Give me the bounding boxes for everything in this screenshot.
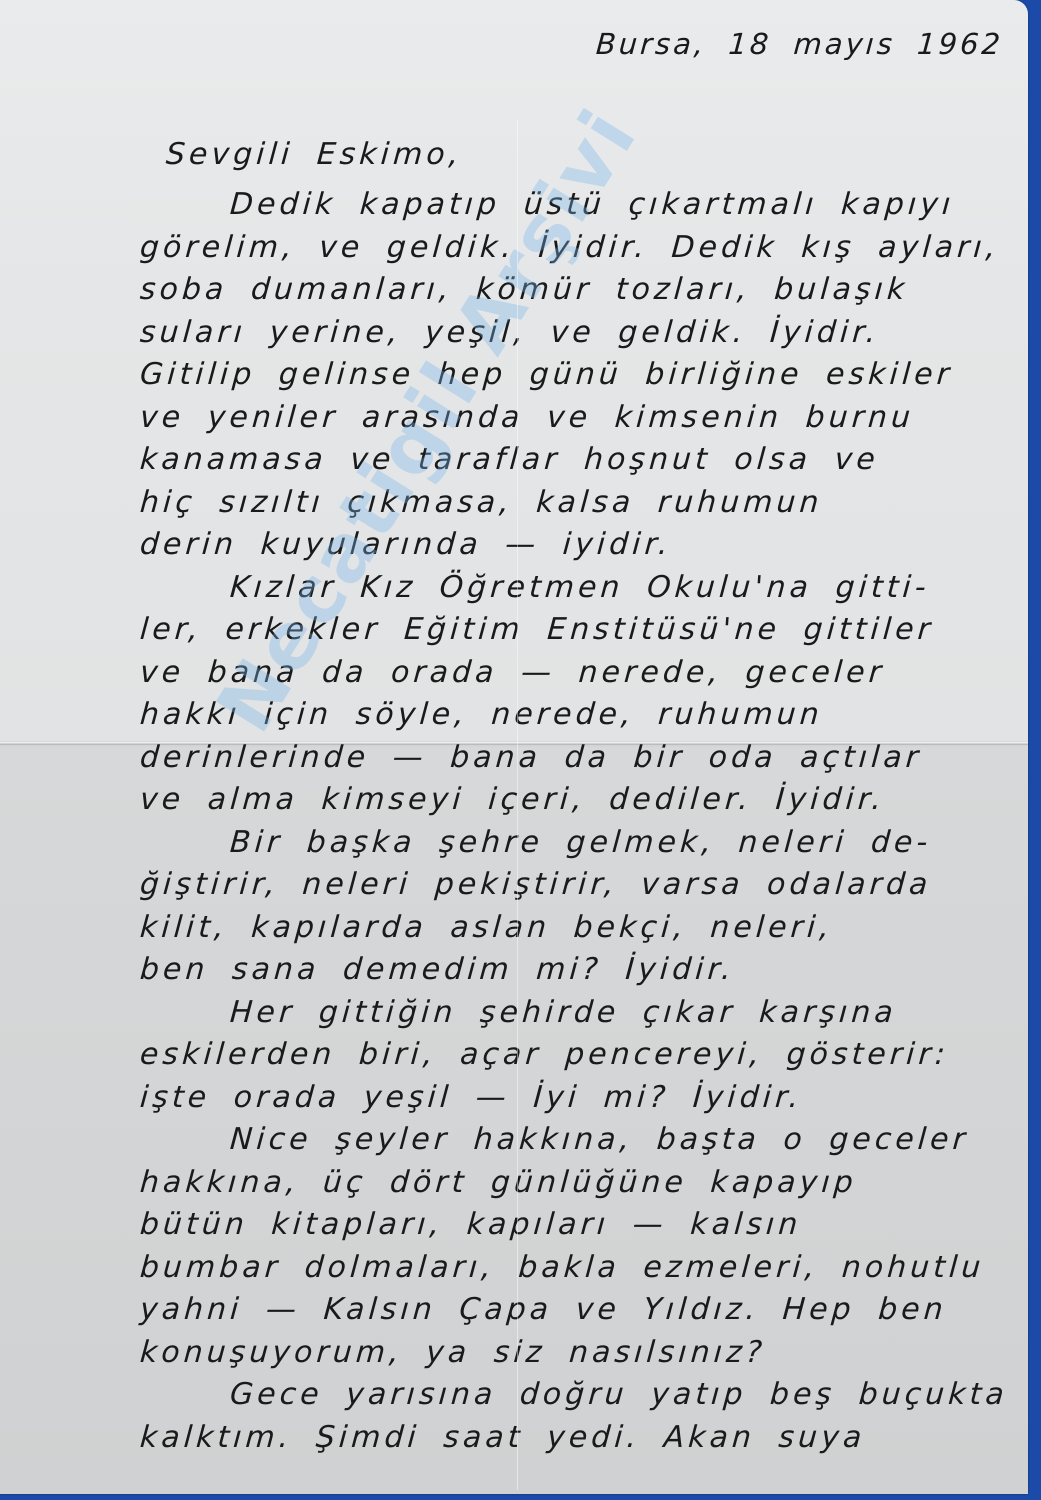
photo-stage: Bursa, 18 mayıs 1962 Sevgili Eskimo, Ded… (0, 0, 1041, 1500)
letter-line: derinlerinde — bana da bir oda açtılar (139, 743, 923, 773)
letter-line: Kızlar Kız Öğretmen Okulu'na gitti- (139, 573, 931, 603)
letter-dateline: Bursa, 18 mayıs 1962 (595, 30, 1004, 59)
letter-line: derin kuyularında — iyidir. (139, 530, 673, 560)
letter-line: ben sana demedim mi? İyidir. (139, 955, 736, 985)
letter-line: yahni — Kalsın Çapa ve Yıldız. Hep ben (139, 1295, 948, 1325)
letter-line: bütün kitapları, kapıları — kalsın (139, 1210, 803, 1240)
letter-line: ler, erkekler Eğitim Enstitüsü'ne gittil… (139, 615, 935, 645)
letter-line: Nice şeyler hakkına, başta o geceler (139, 1125, 970, 1155)
letter-line: kilit, kapılarda aslan bekçi, neleri, (139, 913, 834, 943)
letter-line: Gitilip gelinse hep günü birliğine eskil… (139, 360, 954, 390)
letter-line: görelim, ve geldik. İyidir. Dedik kış ay… (139, 233, 1000, 263)
letter-line: bumbar dolmaları, bakla ezmeleri, nohutl… (139, 1253, 985, 1283)
letter-line: kanamasa ve taraflar hoşnut olsa ve (139, 445, 880, 475)
letter-line: konuşuyorum, ya siz nasılsınız? (139, 1338, 767, 1368)
letter-line: Dedik kapatıp üstü çıkartmalı kapıyı (139, 190, 955, 220)
letter-line: hakkı için söyle, nerede, ruhumun (139, 700, 824, 730)
letter-line: suları yerine, yeşil, ve geldik. İyidir. (139, 318, 881, 348)
letter-line: hakkına, üç dört günlüğüne kapayıp (139, 1168, 858, 1198)
letter-line: ve yeniler arasında ve kimsenin burnu (139, 403, 915, 433)
letter-line: ğiştirir, neleri pekiştirir, varsa odala… (139, 870, 933, 900)
letter-line: Her gittiğin şehirde çıkar karşına (139, 998, 898, 1028)
letter-line: işte orada yeşil — İyi mi? İyidir. (139, 1083, 803, 1113)
letter-line: kalktım. Şimdi saat yedi. Akan suya (139, 1423, 866, 1453)
letter-line: soba dumanları, kömür tozları, bulaşık (139, 275, 909, 305)
letter-paper: Bursa, 18 mayıs 1962 Sevgili Eskimo, Ded… (0, 0, 1028, 1494)
letter-line: ve bana da orada — nerede, geceler (139, 658, 886, 688)
letter-line: hiç sızıltı çıkmasa, kalsa ruhumun (139, 488, 824, 518)
letter-line: ve alma kimseyi içeri, dediler. İyidir. (139, 785, 886, 815)
letter-line: eskilerden biri, açar pencereyi, gösteri… (139, 1040, 950, 1070)
letter-line: Gece yarısına doğru yatıp beş buçukta (139, 1380, 1009, 1410)
letter-line: Bir başka şehre gelmek, neleri de- (139, 828, 932, 858)
letter-salutation: Sevgili Eskimo, (165, 140, 463, 170)
